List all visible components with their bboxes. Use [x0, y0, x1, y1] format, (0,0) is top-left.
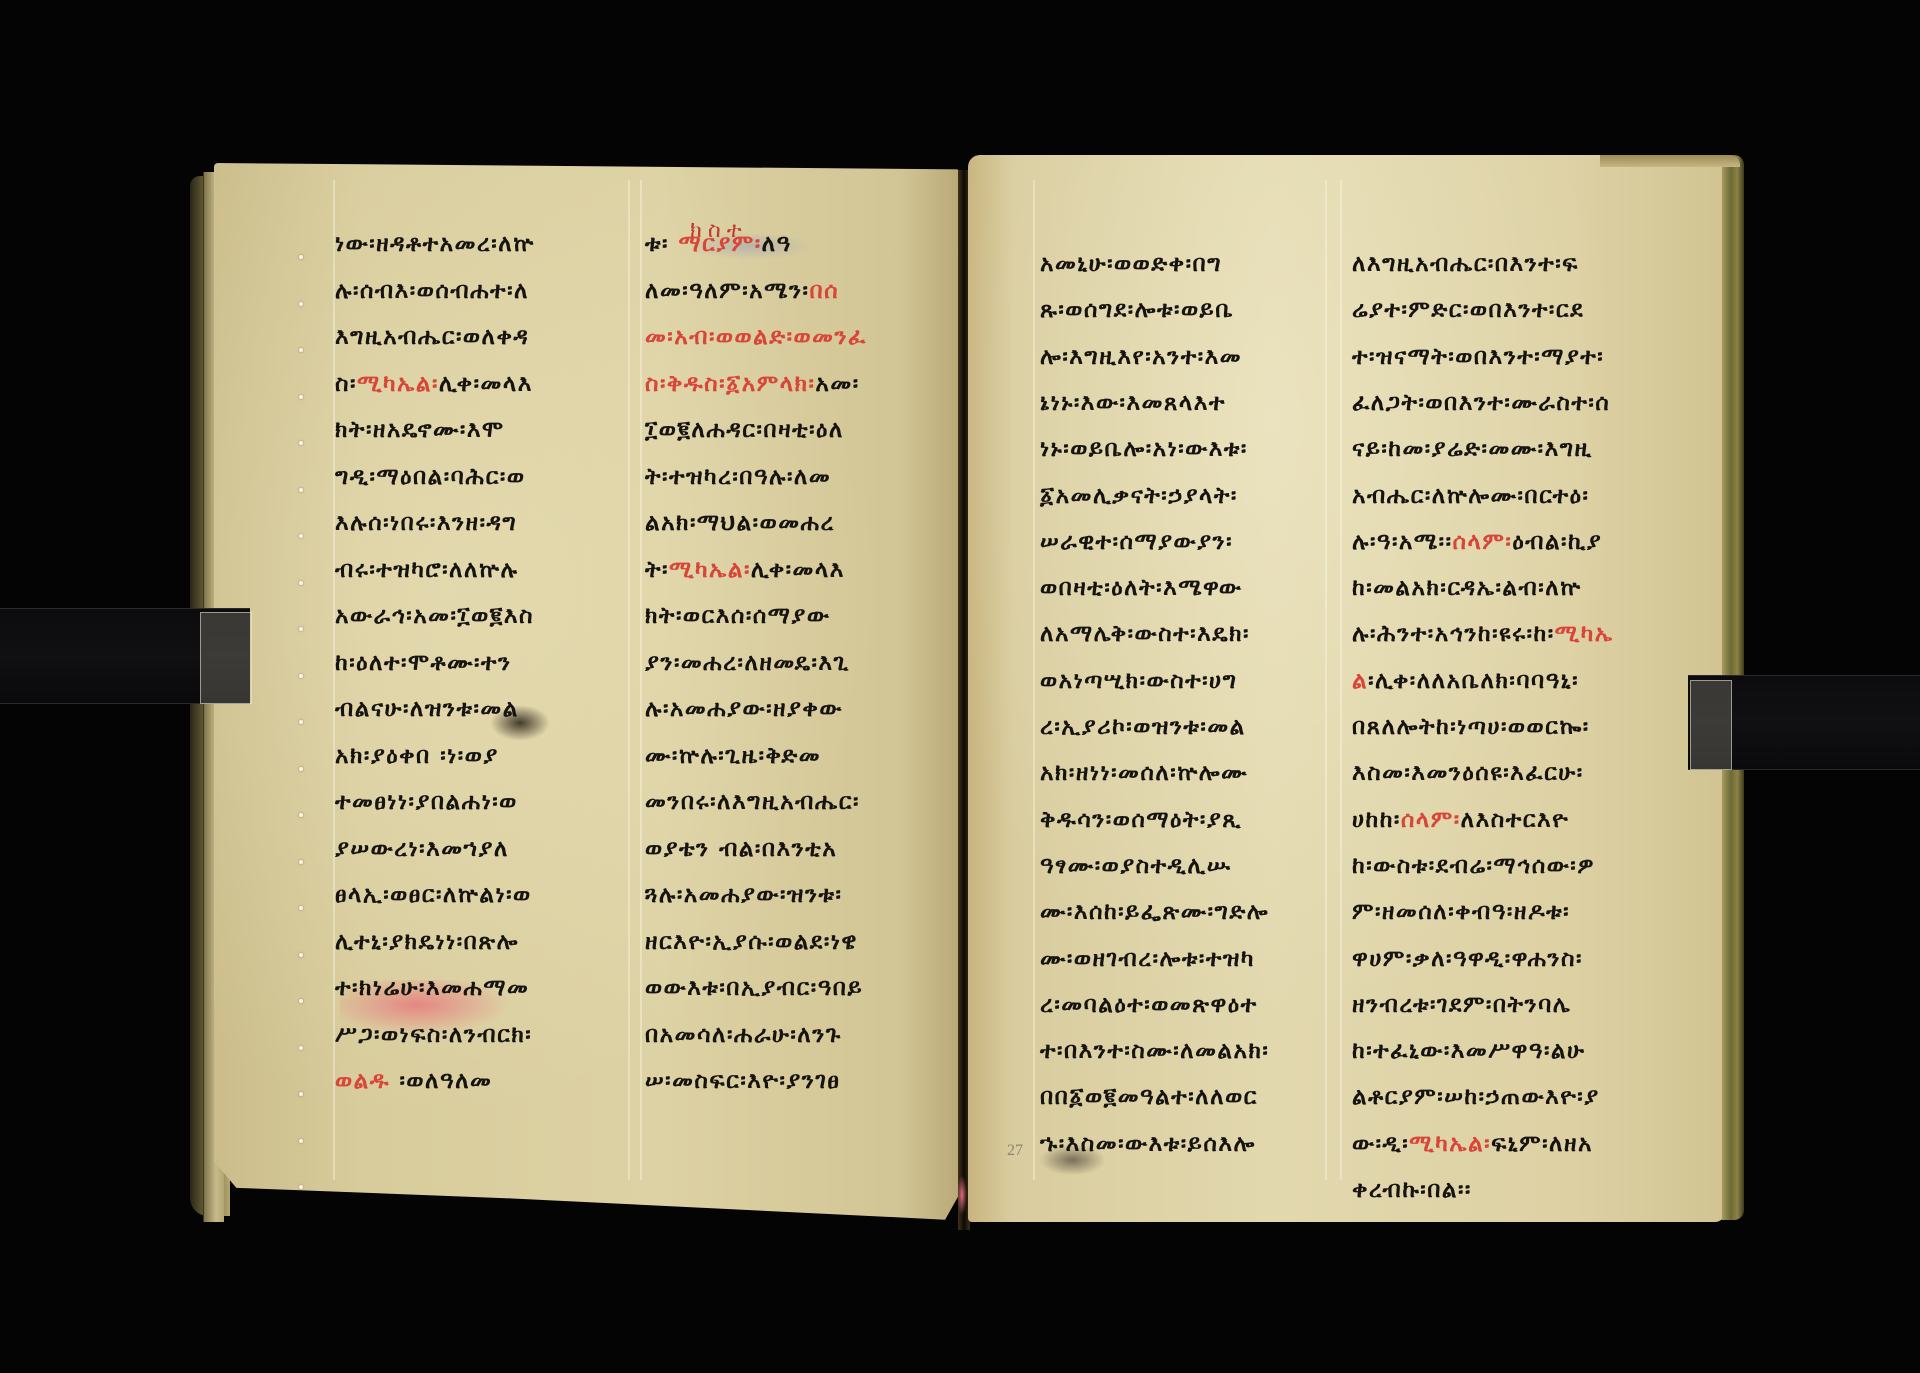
prick-mark [299, 255, 303, 259]
ruling-line [1340, 180, 1342, 1180]
manuscript-line: ልአክ፡ማህል፡ወመሐረ [645, 509, 945, 537]
manuscript-line: በጸለሎትከ፡ነጣሀ፡ወወርኰ፡ [1352, 713, 1652, 741]
line-text: አመ፡ [815, 371, 859, 397]
rubric-text: ስ፡ቅዱስ፡፩አምላክ፡ [645, 371, 815, 397]
line-text: ዕብል፡ኪያ [1512, 529, 1602, 555]
prick-mark [299, 813, 303, 817]
manuscript-line: ፲ወ፪ለሐዳር፡በዛቲ፡ዕለ [645, 416, 945, 444]
manuscript-line: አመኒሁ፡ወወድቀ፡በግ [1040, 250, 1325, 278]
manuscript-line: ለመ፡ዓለም፡አሜን፡በሰ [645, 277, 945, 305]
manuscript-line: ተ፡በእንተ፡ስሙ፡ለመልአክ፡ [1040, 1037, 1325, 1065]
manuscript-line: እስመ፡እመንዕሰዩ፡እፈርሁ፡ [1352, 759, 1652, 787]
line-text: ሉ፡ዓ፡አሜ፡፡ [1352, 529, 1453, 555]
rubric-text: ሚካኤል፡ [1409, 1131, 1491, 1157]
manuscript-line: ያን፡መሐረ፡ለዘመዴ፡እጊ [645, 649, 945, 677]
line-text: ስ፡ [335, 371, 357, 397]
line-text: ሉ፡ሕንተ፡አኅንከ፡ዩሩ፡ከ፡ [1352, 621, 1555, 647]
manuscript-line: ከ፡ተፈኒው፡እመሥዋዓ፡ልሁ [1352, 1037, 1652, 1065]
manuscript-line: ሉ፡ዓ፡አሜ፡፡ሰላም፡ዕብል፡ኪያ [1352, 528, 1652, 556]
line-text: ለመ፡ዓለም፡አሜን፡ [645, 278, 809, 304]
manuscript-line: ተ፡ክነሬሁ፡እመሐማመ [335, 974, 620, 1002]
manuscript-line: ፩አመሊቃናት፡ኃያላት፡ [1040, 482, 1325, 510]
manuscript-line: ቅዱሳን፡ወሰማዕት፡ያጺ [1040, 806, 1325, 834]
manuscript-line: ወበዛቲ፡ዕለት፡እሜዋው [1040, 574, 1325, 602]
manuscript-line: ሎ፡እግዚእየ፡አንተ፡እመ [1040, 343, 1325, 371]
manuscript-line: ዋሀም፡ቃለ፡ዓዋዲ፡ዋሐንስ፡ [1352, 945, 1652, 973]
line-text: ፡ወለዓለመ [390, 1068, 492, 1094]
manuscript-line: ነው፡ዘዳቶተአመረ፡ለኵ [335, 230, 620, 258]
manuscript-line: ሬያተ፡ምድር፡ወበእንተ፡ርደ [1352, 296, 1652, 324]
manuscript-line: ለእግዚአብሔር፡በእንተ፡ፍ [1352, 250, 1652, 278]
manuscript-line: ወያቴን ብል፡በእንቲአ [645, 835, 945, 863]
manuscript-line: ጹ፡ወሰግደ፡ሎቱ፡ወይቤ [1040, 296, 1325, 324]
line-text: ለእስተርእዮ [1461, 807, 1570, 833]
manuscript-line: ወአነጣሢክ፡ውስተ፡ሀግ [1040, 667, 1325, 695]
page-stack-top [1600, 155, 1740, 167]
manuscript-line: ረ፡መባልዕተ፡ወመጽዋዕተ [1040, 991, 1325, 1019]
manuscript-line: ዓፃሙ፡ወያስተዲሊሡ [1040, 852, 1325, 880]
rubric-text: ሚካኤል፡ [669, 557, 751, 583]
manuscript-line: ት፡ሚካኤል፡ሊቀ፡መላእ [645, 556, 945, 584]
manuscript-line: ረ፡ኢያሪኮ፡ወዝንቱ፡መል [1040, 713, 1325, 741]
prick-mark [299, 767, 303, 771]
manuscript-line: ሙ፡ወዘገብረ፡ሎቱ፡ተዝካ [1040, 945, 1325, 973]
manuscript-line: ከ፡መልአክ፡ርዳኤ፡ልብ፡ለኵ [1352, 574, 1652, 602]
prick-mark [299, 627, 303, 631]
manuscript-line: ቀረብኩ፡በል፡፡ [1352, 1176, 1652, 1204]
manuscript-line: በአመሳለ፡ሐራሁ፡ለንጉ [645, 1021, 945, 1049]
manuscript-line: ሠ፡መስፍር፡እዮ፡ያንገፀ [645, 1067, 945, 1095]
manuscript-line: በበ፩ወ፪መዓልተ፡ለለወር [1040, 1083, 1325, 1111]
prick-mark [299, 1185, 303, 1189]
binding-thread [957, 1175, 967, 1215]
manuscript-line: ኔነኑ፡እው፡እመጸላእተ [1040, 389, 1325, 417]
folio-number: 27 [1007, 1142, 1023, 1160]
manuscript-line: ሀከከ፡ሰላም፡ለእስተርእዮ [1352, 806, 1652, 834]
prick-mark [299, 953, 303, 957]
rubric-text: ማርያም፡ [678, 231, 761, 257]
strap-clip-right [1690, 680, 1732, 770]
rubric-text: ሰላም፡ [1453, 529, 1513, 555]
manuscript-line: ወልዱ ፡ወለዓለመ [335, 1067, 620, 1095]
manuscript-line: ነኑ፡ወይቤሎ፡አነ፡ውእቱ፡ [1040, 435, 1325, 463]
ruling-line [1033, 180, 1035, 1180]
manuscript-line: ሠራዊተ፡ሰማያውያን፡ [1040, 528, 1325, 556]
manuscript-line: ሊተኒ፡ያክዴነነ፡በጽሎ [335, 928, 620, 956]
manuscript-line: ሙ፡እሰከ፡ይፌጽሙ፡ግድሎ [1040, 898, 1325, 926]
manuscript-line: ተ፡ዝናማት፡ወበእንተ፡ማያተ፡ [1352, 343, 1652, 371]
manuscript-line: ናይ፡ከመ፡ያሬድ፡መሙ፡እግዚ [1352, 435, 1652, 463]
manuscript-line: ተመፀነነ፡ያበልሐነ፡ወ [335, 788, 620, 816]
prick-mark [299, 860, 303, 864]
manuscript-line: ብሩ፡ተዝካሮ፡ለለኵሉ [335, 556, 620, 584]
line-text: ሊቀ፡መላእ [751, 557, 845, 583]
manuscript-line: ው፡ዲ፡ሚካኤል፡ፍኒም፡ለዘአ [1352, 1130, 1652, 1158]
prick-mark [299, 1139, 303, 1143]
manuscript-line: ሙ፡ኵሉ፡ጊዜ፡ቅድመ [645, 742, 945, 770]
manuscript-line: እሉሰ፡ነበሩ፡እንዘ፡ዳግ [335, 509, 620, 537]
manuscript-line: ሉ፡ሕንተ፡አኅንከ፡ዩሩ፡ከ፡ሚካኤ [1352, 620, 1652, 648]
rubric-text: ሰላም፡ [1401, 807, 1461, 833]
rubric-text: ል [1352, 668, 1368, 694]
prick-mark [299, 1046, 303, 1050]
ruling-line [1325, 180, 1327, 1180]
prick-mark [299, 441, 303, 445]
prick-mark [299, 906, 303, 910]
prick-mark [299, 581, 303, 585]
manuscript-line: ቱ፡ ማርያም፡ለዓ [645, 230, 945, 258]
line-text: ሊቀ፡መላእ [439, 371, 533, 397]
manuscript-line: ከ፡ዕለተ፡ሞቶሙ፡ተን [335, 649, 620, 677]
manuscript-line: ያሠውረነ፡እመኀያለ [335, 835, 620, 863]
prick-mark [299, 395, 303, 399]
manuscript-line: ሉ፡ሰብእ፡ወሰብሐተ፡ለ [335, 277, 620, 305]
manuscript-line: ል፡ሊቀ፡ለለአቤለክ፡ባባዓኒ፡ [1352, 667, 1652, 695]
manuscript-line: ዘርእዮ፡ኢያሱ፡ወልደ፡ነዌ [645, 928, 945, 956]
manuscript-line: ም፡ዘመሰለ፡ቀብዓ፡ዘዶቱ፡ [1352, 898, 1652, 926]
rubric-text: ወልዱ [335, 1068, 390, 1094]
manuscript-line: ክት፡ወርእሰ፡ሰማያው [645, 602, 945, 630]
manuscript-line: መንበሩ፡ለእግዚአብሔር፡ [645, 788, 945, 816]
line-text: ፡ሊቀ፡ለለአቤለክ፡ባባዓኒ፡ [1368, 668, 1579, 694]
manuscript-line: ስ፡ሚካኤል፡ሊቀ፡መላእ [335, 370, 620, 398]
ruling-line [628, 180, 630, 1180]
manuscript-line: ሉ፡አመሐያው፡ዘያቀው [645, 695, 945, 723]
manuscript-line: ለአማሌቅ፡ውስተ፡እዴክ፡ [1040, 620, 1325, 648]
rubric-text: ሚካኤ [1555, 621, 1614, 647]
prick-mark [299, 674, 303, 678]
prick-mark [299, 1092, 303, 1096]
manuscript-line: ዘንብረቱ፡ገደም፡በትንባሌ [1352, 991, 1652, 1019]
manuscript-line: ኁ፡እስመ፡ውእቱ፡ይሰእሎ [1040, 1130, 1325, 1158]
prick-mark [299, 720, 303, 724]
manuscript-line: ክት፡ዘአዴኖሙ፡እሞ [335, 416, 620, 444]
line-text: ለዓ [762, 231, 792, 257]
line-text: ት፡ [645, 557, 669, 583]
line-text: ፍኒም፡ለዘአ [1491, 1131, 1593, 1157]
manuscript-line: ፀላኢ፡ወፀር፡ለኵልነ፡ወ [335, 881, 620, 909]
rubric-text: ሚካኤል፡ [357, 371, 439, 397]
manuscript-line: ፈለጋት፡ወበእንተ፡ሙራስተ፡ሰ [1352, 389, 1652, 417]
prick-mark [299, 999, 303, 1003]
manuscript-line: አውራኅ፡አመ፡፲ወ፪እስ [335, 602, 620, 630]
manuscript-line: ከ፡ውስቱ፡ደብሬ፡ማኅሰው፡ዎ [1352, 852, 1652, 880]
prick-mark [299, 488, 303, 492]
prick-mark [299, 348, 303, 352]
manuscript-line: ግዲ፡ማዕበል፡ባሕር፡ወ [335, 463, 620, 491]
manuscript-line: ወውእቱ፡በኢያብር፡ዓበይ [645, 974, 945, 1002]
manuscript-line: መ፡አብ፡ወወልድ፡ወመንፈ [645, 323, 945, 351]
ruling-line [640, 180, 642, 1180]
strap-clip-left [200, 612, 252, 704]
line-text: ቱ፡ [645, 231, 678, 257]
manuscript-line: አክ፡ያዕቀበ ፡ነ፡ወያ [335, 742, 620, 770]
manuscript-line: ብልናሁ፡ለዝንቱ፡መል [335, 695, 620, 723]
manuscript-line: ልቶርያም፡ሠከ፡ኃጠውእዮ፡ያ [1352, 1083, 1652, 1111]
manuscript-line: አክ፡ዘነነ፡መሰለ፡ኵሎሙ [1040, 759, 1325, 787]
manuscript-line: እግዚአብሔር፡ወለቀዳ [335, 323, 620, 351]
manuscript-line: አብሔር፡ለኵሎሙ፡በርተዕ፡ [1352, 482, 1652, 510]
prick-mark [299, 534, 303, 538]
line-text: ው፡ዲ፡ [1352, 1131, 1409, 1157]
manuscript-line: ሥጋ፡ወነፍስ፡ለንብርክ፡ [335, 1021, 620, 1049]
prick-mark [299, 302, 303, 306]
rubric-text: በሰ [809, 278, 839, 304]
line-text: ሀከከ፡ [1352, 807, 1401, 833]
manuscript-line: ት፡ተዝካረ፡በዓሉ፡ለመ [645, 463, 945, 491]
manuscript-line: ጓሉ፡አመሐያው፡ዝንቱ፡ [645, 881, 945, 909]
manuscript-line: ስ፡ቅዱስ፡፩አምላክ፡አመ፡ [645, 370, 945, 398]
